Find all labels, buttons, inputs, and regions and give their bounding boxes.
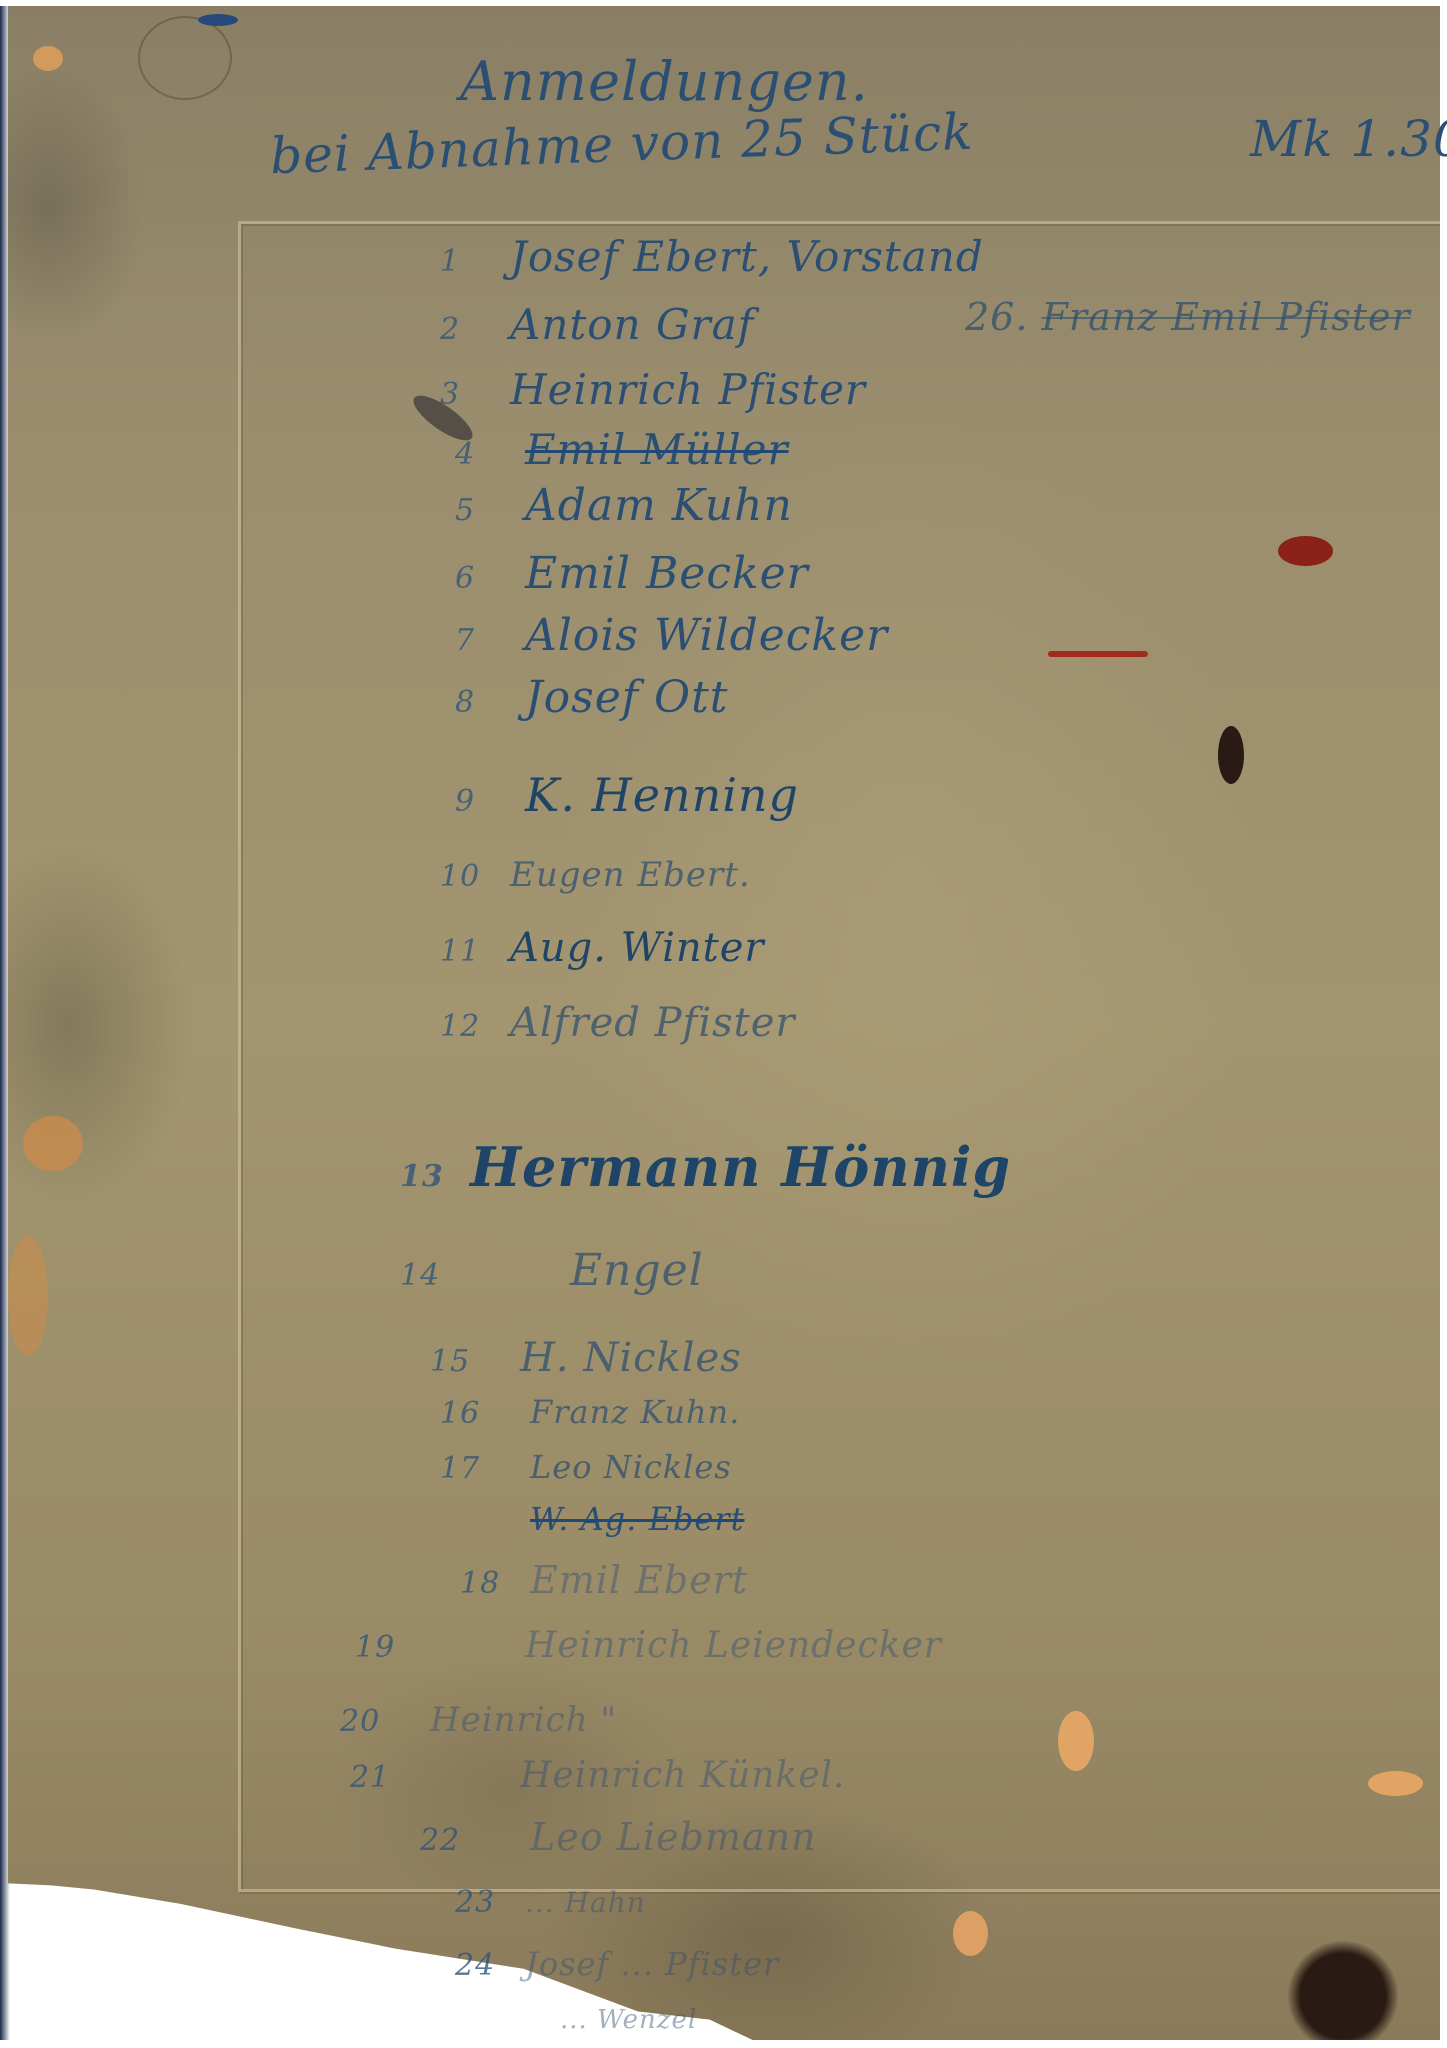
entry-name: Josef Ott bbox=[525, 672, 728, 723]
list-item: 24Josef ... Pfister bbox=[455, 1945, 779, 1983]
list-item: 15H. Nickles bbox=[430, 1335, 742, 1381]
entry-number: 23 bbox=[455, 1885, 525, 1920]
entry-name-struck: Emil Müller bbox=[525, 425, 789, 474]
list-item: 18Emil Ebert bbox=[460, 1558, 748, 1602]
list-item: 5Adam Kuhn bbox=[455, 480, 793, 531]
entry-number: 14 bbox=[400, 1258, 570, 1293]
list-item: 22Leo Liebmann bbox=[420, 1815, 817, 1859]
entry-number: 12 bbox=[440, 1009, 510, 1044]
side-list-item: 26. Franz Emil Pfister bbox=[965, 295, 1411, 339]
entry-name: Engel bbox=[570, 1245, 704, 1296]
entry-number: 6 bbox=[455, 561, 525, 596]
list-item: 12Alfred Pfister bbox=[440, 1000, 796, 1046]
foxing-spot bbox=[33, 46, 63, 71]
price-note: Mk 1.30 bbox=[1250, 110, 1447, 168]
entry-name: Heinrich Pfister bbox=[510, 365, 866, 414]
dark-stain bbox=[1288, 1941, 1398, 2048]
list-item: 1Josef Ebert, Vorstand bbox=[440, 232, 984, 281]
entry-number: 9 bbox=[455, 784, 525, 819]
entry-number: 17 bbox=[440, 1451, 530, 1486]
entry-name: Leo Liebmann bbox=[530, 1815, 817, 1859]
entry-name: K. Henning bbox=[525, 768, 799, 822]
entry-name: Heinrich Künkel. bbox=[520, 1755, 845, 1796]
entry-name-struck: Franz Emil Pfister bbox=[1042, 295, 1411, 339]
entry-number: 3 bbox=[440, 377, 510, 412]
entry-number: 21 bbox=[350, 1760, 520, 1795]
entry-number: 11 bbox=[440, 934, 510, 969]
list-item: 17Leo Nickles bbox=[440, 1448, 732, 1486]
entry-name: Franz Kuhn. bbox=[530, 1393, 740, 1431]
list-item: 20Heinrich " bbox=[340, 1700, 617, 1740]
entry-number: 18 bbox=[460, 1566, 530, 1601]
entry-name-struck: W. Ag. Ebert bbox=[530, 1500, 745, 1538]
entry-name: Anton Graf bbox=[510, 300, 754, 349]
entry-name: Eugen Ebert. bbox=[510, 855, 751, 895]
list-item: 21Heinrich Künkel. bbox=[350, 1755, 845, 1796]
entry-number: 15 bbox=[430, 1344, 520, 1379]
entry-number: 1 bbox=[440, 244, 510, 279]
list-item: 23... Hahn bbox=[455, 1885, 646, 1920]
entry-number: 13 bbox=[400, 1159, 470, 1194]
entry-number: 4 bbox=[455, 437, 525, 472]
list-item: 3Heinrich Pfister bbox=[440, 365, 866, 414]
entry-number: 16 bbox=[440, 1396, 530, 1431]
entry-name: Aug. Winter bbox=[510, 925, 765, 971]
entry-name: Emil Ebert bbox=[530, 1558, 748, 1602]
entry-name: Leo Nickles bbox=[530, 1448, 732, 1486]
list-item: 4Emil Müller bbox=[455, 425, 789, 474]
entry-number: 5 bbox=[455, 493, 525, 528]
entry-name: Josef Ebert, Vorstand bbox=[510, 232, 984, 281]
foxing-spot bbox=[953, 1911, 988, 1956]
water-stain bbox=[138, 16, 232, 100]
entry-name: Alfred Pfister bbox=[510, 1000, 796, 1046]
entry-name: H. Nickles bbox=[520, 1335, 742, 1381]
entry-number: 10 bbox=[440, 859, 510, 894]
list-item: 8Josef Ott bbox=[455, 672, 728, 723]
entry-number: 24 bbox=[455, 1948, 525, 1983]
list-item: 2Anton Graf bbox=[440, 300, 754, 349]
list-item: 14Engel bbox=[400, 1245, 704, 1296]
entry-name: Heinrich " bbox=[430, 1700, 617, 1740]
entry-number: 8 bbox=[455, 685, 525, 720]
entry-name: Hermann Hönnig bbox=[470, 1135, 1011, 1199]
entry-number: 22 bbox=[420, 1823, 530, 1858]
list-item: 6Emil Becker bbox=[455, 548, 809, 599]
entry-number: 7 bbox=[455, 623, 525, 658]
list-item: 16Franz Kuhn. bbox=[440, 1393, 740, 1431]
list-item: ... Wenzel bbox=[560, 2005, 697, 2035]
entry-name: ... Hahn bbox=[525, 1886, 646, 1919]
entry-name: Emil Becker bbox=[525, 548, 809, 599]
entry-name: Heinrich Leiendecker bbox=[525, 1625, 942, 1666]
ink-blot bbox=[198, 14, 238, 26]
list-item: 10Eugen Ebert. bbox=[440, 855, 751, 895]
list-item: 13Hermann Hönnig bbox=[400, 1135, 1011, 1199]
foxing-spot bbox=[23, 1116, 83, 1171]
entry-name: ... Wenzel bbox=[560, 2005, 697, 2035]
entry-number: 19 bbox=[355, 1630, 525, 1665]
entry-name: Alois Wildecker bbox=[525, 610, 888, 661]
entry-number: 2 bbox=[440, 312, 510, 347]
entry-name: Adam Kuhn bbox=[525, 480, 793, 531]
document-heading: Anmeldungen. bbox=[460, 50, 869, 113]
list-item: 7Alois Wildecker bbox=[455, 610, 888, 661]
list-item: W. Ag. Ebert bbox=[530, 1500, 745, 1538]
list-item: 9K. Henning bbox=[455, 768, 799, 822]
list-item: 11Aug. Winter bbox=[440, 925, 765, 971]
entry-number: 26. bbox=[965, 295, 1028, 339]
entry-number: 20 bbox=[340, 1704, 430, 1739]
list-item: 19Heinrich Leiendecker bbox=[355, 1625, 942, 1666]
entry-name: Josef ... Pfister bbox=[525, 1945, 779, 1983]
foxing-spot bbox=[8, 1236, 48, 1356]
